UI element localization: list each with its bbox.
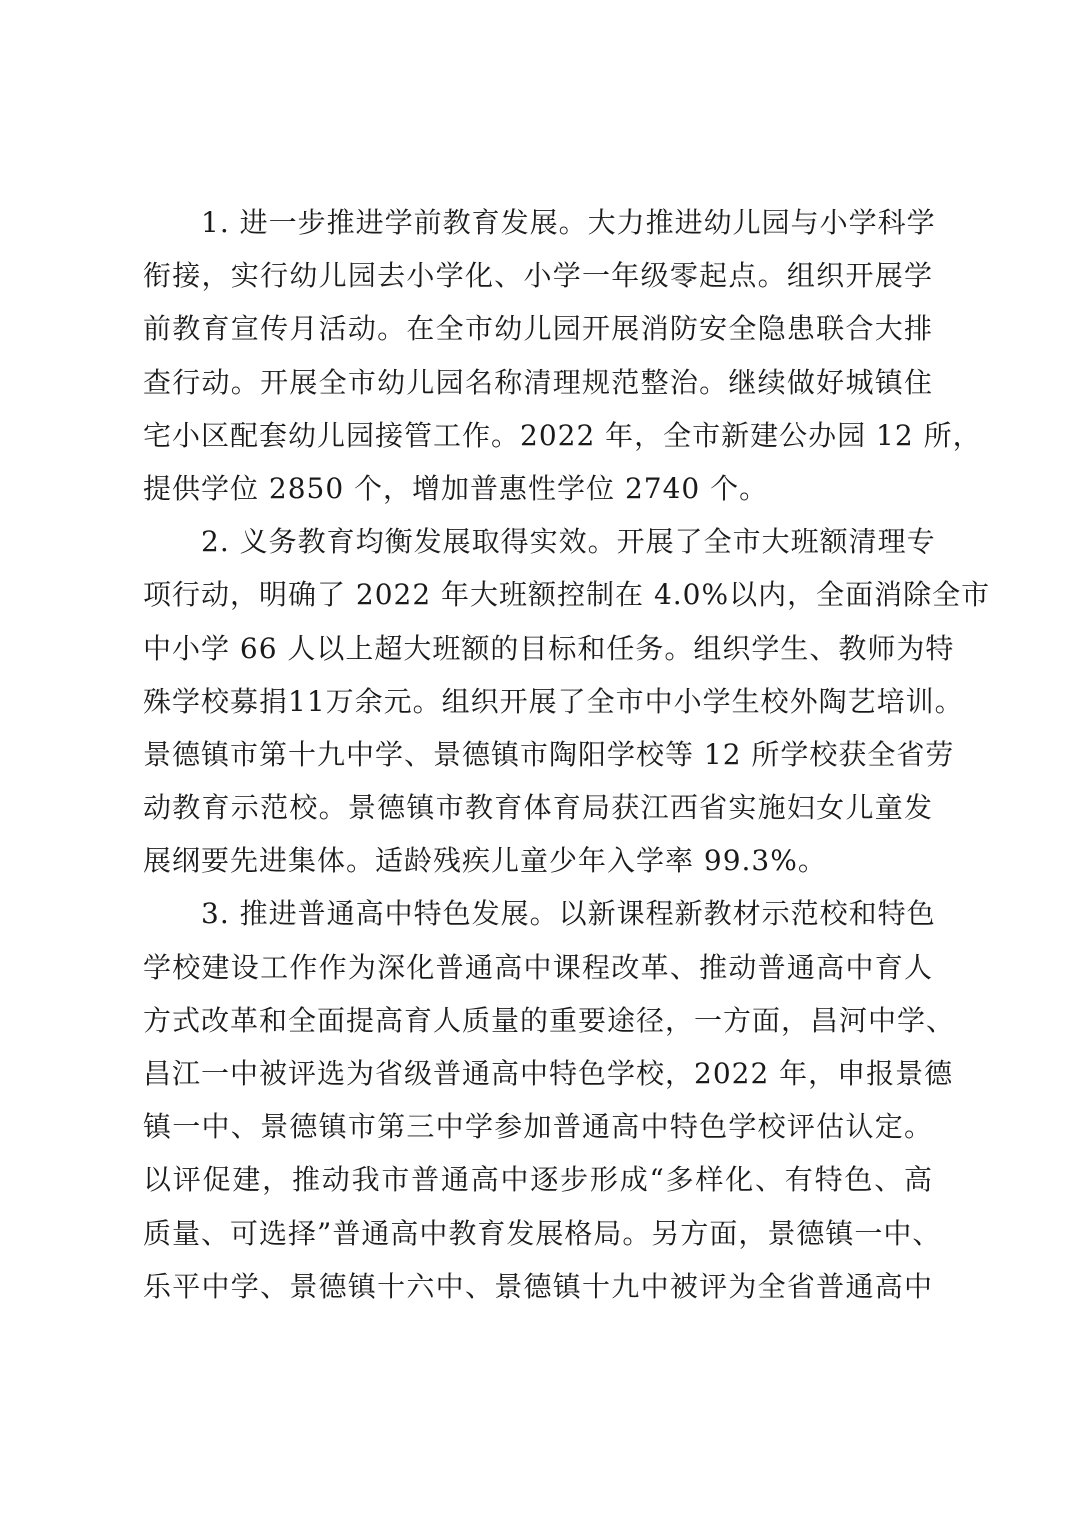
text-line: 乐平中学、景德镇十六中、景德镇十九中被评为全省普通高中 <box>143 1260 933 1313</box>
text-line: 前教育宣传月活动。在全市幼儿园开展消防安全隐患联合大排 <box>143 302 933 355</box>
text-line: 中小学 66 人以上超大班额的目标和任务。组织学生、教师为特 <box>143 622 933 675</box>
text-line: 镇一中、景德镇市第三中学参加普通高中特色学校评估认定。 <box>143 1100 933 1153</box>
text-line: 景德镇市第十九中学、景德镇市陶阳学校等 12 所学校获全省劳 <box>143 728 933 781</box>
text-line: 2. 义务教育均衡发展取得实效。开展了全市大班额清理专 <box>143 515 933 568</box>
document-page: 1. 进一步推进学前教育发展。大力推进幼儿园与小学科学 衔接，实行幼儿园去小学化… <box>0 0 1074 1520</box>
text-line: 以评促建，推动我市普通高中逐步形成“多样化、有特色、高 <box>143 1153 933 1206</box>
text-line: 学校建设工作作为深化普通高中课程改革、推动普通高中育人 <box>143 941 933 994</box>
text-line: 项行动，明确了 2022 年大班额控制在 4.0%以内，全面消除全市 <box>143 568 933 621</box>
text-line: 质量、可选择”普通高中教育发展格局。另方面，景德镇一中、 <box>143 1207 933 1260</box>
text-line: 展纲要先进集体。适龄残疾儿童少年入学率 99.3%。 <box>143 834 933 887</box>
text-line: 动教育示范校。景德镇市教育体育局获江西省实施妇女儿童发 <box>143 781 933 834</box>
text-line: 方式改革和全面提高育人质量的重要途径，一方面，昌河中学、 <box>143 994 933 1047</box>
text-line: 查行动。开展全市幼儿园名称清理规范整治。继续做好城镇住 <box>143 356 933 409</box>
paragraph-compulsory-education: 2. 义务教育均衡发展取得实效。开展了全市大班额清理专 项行动，明确了 2022… <box>143 515 933 887</box>
paragraph-high-school-development: 3. 推进普通高中特色发展。以新课程新教材示范校和特色 学校建设工作作为深化普通… <box>143 887 933 1313</box>
text-line: 殊学校募捐11万余元。组织开展了全市中小学生校外陶艺培训。 <box>143 675 933 728</box>
text-line: 提供学位 2850 个，增加普惠性学位 2740 个。 <box>143 462 933 515</box>
text-line: 衔接，实行幼儿园去小学化、小学一年级零起点。组织开展学 <box>143 249 933 302</box>
document-body: 1. 进一步推进学前教育发展。大力推进幼儿园与小学科学 衔接，实行幼儿园去小学化… <box>143 196 933 1313</box>
text-line: 昌江一中被评选为省级普通高中特色学校，2022 年，申报景德 <box>143 1047 933 1100</box>
paragraph-preschool-education: 1. 进一步推进学前教育发展。大力推进幼儿园与小学科学 衔接，实行幼儿园去小学化… <box>143 196 933 515</box>
text-line: 1. 进一步推进学前教育发展。大力推进幼儿园与小学科学 <box>143 196 933 249</box>
text-line: 宅小区配套幼儿园接管工作。2022 年，全市新建公办园 12 所， <box>143 409 933 462</box>
text-line: 3. 推进普通高中特色发展。以新课程新教材示范校和特色 <box>143 887 933 940</box>
